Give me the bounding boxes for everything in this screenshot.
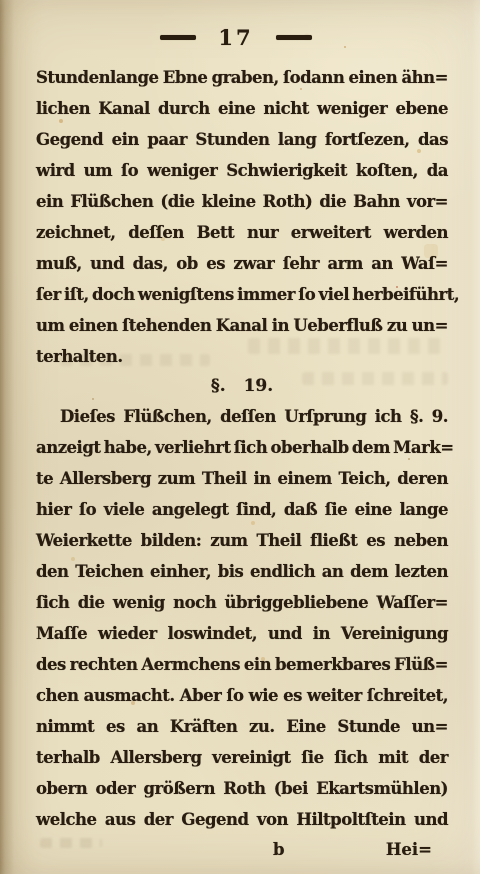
text-line: ſer iſt, doch wenigſtens immer ſo viel h… [36,279,448,310]
text-line: chen ausmacht. Aber ſo wie es weiter ſch… [36,680,448,711]
text-line: Weierkette bilden: zum Theil fließt es n… [36,525,448,556]
text-line: terhalb Allersberg vereinigt ſie ſich mi… [36,742,448,773]
text-line: muß, und das, ob es zwar ſehr arm an Waſ… [36,248,448,279]
text-line: nimmt es an Kräften zu. Eine Stunde un= [36,711,448,742]
text-line: ſich die wenig noch übriggebliebene Waſſ… [36,587,448,618]
text-line: Stundenlange Ebne graben, ſodann einen ä… [36,62,448,93]
text-line: wird um ſo weniger Schwierigkeit koſten,… [36,155,448,186]
text-line: um einen ſtehenden Kanal in Ueberfluß zu… [36,310,448,341]
text-line: hier ſo viele angelegt ſind, daß ſie ein… [36,494,448,525]
text-line: ein Flüßchen (die kleine Roth) die Bahn … [36,186,448,217]
page-text-block: Stundenlange Ebne graben, ſodann einen ä… [36,62,448,862]
page-header: 17 [0,22,476,52]
text-line: des rechten Aermchens ein bemerkbares Fl… [36,649,448,680]
page-left-edge-shadow [0,0,14,874]
text-line: Gegend ein paar Stunden lang fortſezen, … [36,124,448,155]
page-number: 17 [218,27,253,48]
text-line: te Allersberg zum Theil in einem Teich, … [36,463,448,494]
header-rule-left [160,35,196,40]
page-footer: b Hei= [36,838,448,862]
signature-mark: b [273,838,285,862]
page-right-edge-highlight [472,0,480,874]
header-rule-right [276,35,312,40]
text-line: Maſſe wieder loswindet, und in Vereinigu… [36,618,448,649]
text-line: welche aus der Gegend von Hiltpoltſtein … [36,804,448,835]
text-line: anzeigt habe, verliehrt ſich oberhalb de… [36,432,448,463]
book-page: 17 Stundenlange Ebne graben, ſodann eine… [0,0,480,874]
catchword: Hei= [386,838,432,862]
text-line: den Teichen einher, bis endlich an dem l… [36,556,448,587]
paper-foxing-specks [0,0,2,2]
text-line: lichen Kanal durch eine nicht weniger eb… [36,93,448,124]
paragraph-1: Stundenlange Ebne graben, ſodann einen ä… [36,62,448,372]
text-line: zeichnet, deſſen Bett nur erweitert werd… [36,217,448,248]
text-line: Dieſes Flüßchen, deſſen Urſprung ich §. … [36,401,448,432]
section-heading: §. 19. [36,374,448,401]
text-line: obern oder größern Roth (bei Ekartsmühle… [36,773,448,804]
paragraph-2: Dieſes Flüßchen, deſſen Urſprung ich §. … [36,401,448,835]
text-line: terhalten. [36,341,448,372]
